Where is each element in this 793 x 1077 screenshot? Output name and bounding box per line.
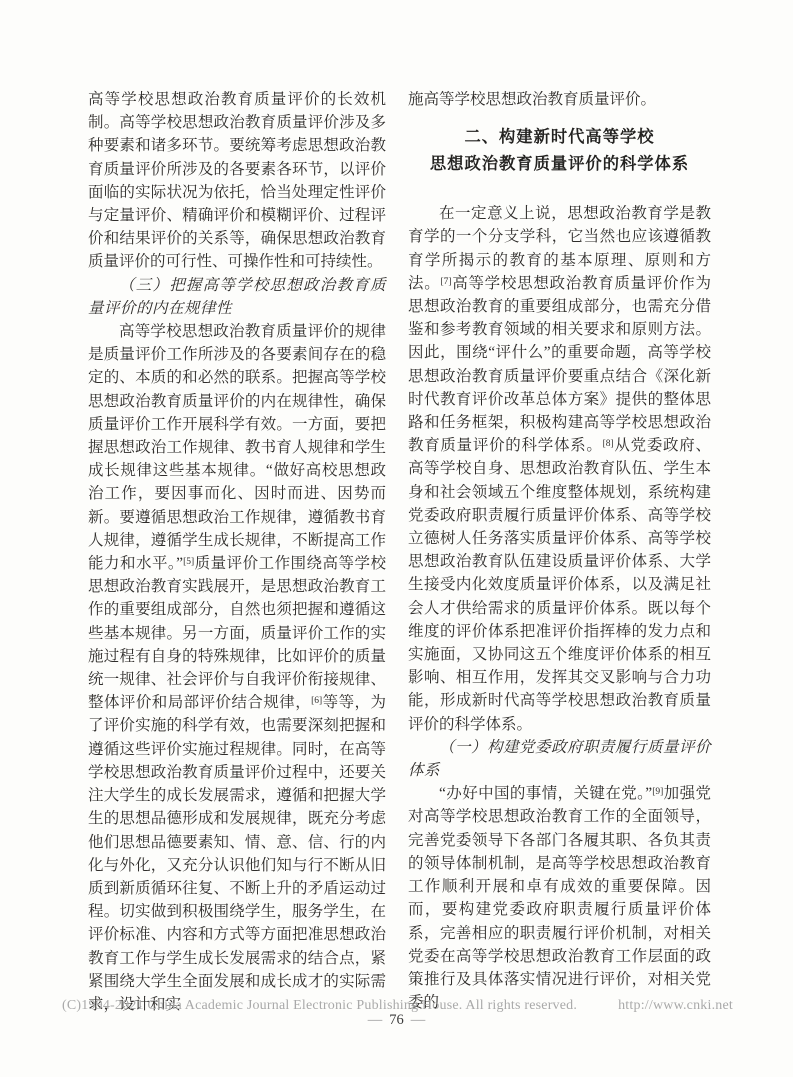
paragraph: 高等学校思想政治教育质量评价的长效机制。高等学校思想政治教育质量评价涉及多种要素… bbox=[88, 88, 386, 274]
left-column: 高等学校思想政治教育质量评价的长效机制。高等学校思想政治教育质量评价涉及多种要素… bbox=[88, 88, 386, 1016]
section-heading: 二、构建新时代高等学校思想政治教育质量评价的科学体系 bbox=[408, 124, 711, 178]
footnote-ref: [8] bbox=[603, 439, 614, 449]
page-number-dash-left: — bbox=[368, 1012, 383, 1028]
footnote-ref: [7] bbox=[440, 277, 451, 287]
section-heading-line: 思想政治教育质量评价的科学体系 bbox=[408, 151, 711, 178]
subsection-heading: （三）把握高等学校思想政治教育质量评价的内在规律性 bbox=[88, 274, 386, 320]
page-content: 高等学校思想政治教育质量评价的长效机制。高等学校思想政治教育质量评价涉及多种要素… bbox=[88, 88, 711, 1016]
subsection-heading: （一）构建党委政府职责履行质量评价体系 bbox=[408, 736, 711, 782]
page-number: —76— bbox=[0, 1012, 793, 1029]
right-column: 施高等学校思想政治教育质量评价。二、构建新时代高等学校思想政治教育质量评价的科学… bbox=[408, 88, 711, 1016]
footnote-ref: [5] bbox=[183, 557, 194, 567]
paragraph: “办好中国的事情，关键在党。”[9]加强党对高等学校思想政治教育工作的全面领导，… bbox=[408, 782, 711, 1014]
page-number-dash-right: — bbox=[411, 1012, 426, 1028]
paragraph: 施高等学校思想政治教育质量评价。 bbox=[408, 88, 711, 111]
paragraph: 高等学校思想政治教育质量评价的规律是质量评价工作所涉及的各要素间存在的稳定的、本… bbox=[88, 320, 386, 1016]
document-page: 高等学校思想政治教育质量评价的长效机制。高等学校思想政治教育质量评价涉及多种要素… bbox=[0, 0, 793, 1077]
footnote-ref: [9] bbox=[652, 787, 663, 797]
section-heading-line: 二、构建新时代高等学校 bbox=[408, 124, 711, 151]
paragraph: 在一定意义上说，思想政治教育学是教育学的一个分支学科，它当然也应该遵循教育学所揭… bbox=[408, 202, 711, 736]
footnote-ref: [6] bbox=[311, 696, 322, 706]
page-number-value: 76 bbox=[389, 1012, 404, 1028]
